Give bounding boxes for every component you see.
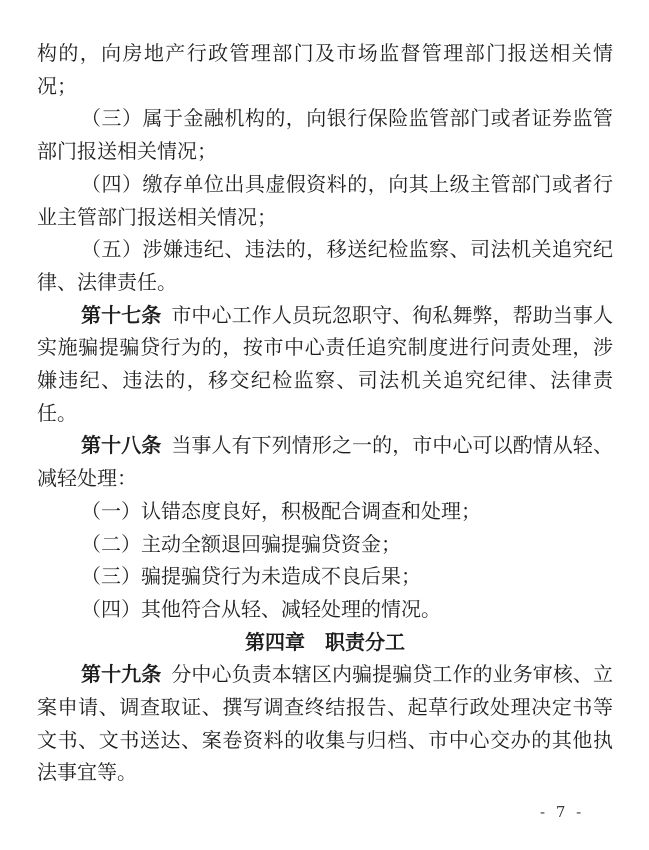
- list-item-3b: （三）骗提骗贷行为未造成不良后果；: [37, 560, 613, 593]
- paragraph-continuation: 构的，向房地产行政管理部门及市场监督管理部门报送相关情况；: [37, 37, 613, 102]
- list-item-2: （二）主动全额退回骗提骗贷资金；: [37, 528, 613, 561]
- article-18-paragraph: 第十八条当事人有下列情形之一的，市中心可以酌情从轻、减轻处理：: [37, 429, 613, 494]
- document-page: 构的，向房地产行政管理部门及市场监督管理部门报送相关情况； （三）属于金融机构的…: [0, 0, 649, 850]
- list-item-5: （五）涉嫌违纪、违法的，移送纪检监察、司法机关追究纪律、法律责任。: [37, 233, 613, 298]
- list-item-3: （三）属于金融机构的，向银行保险监管部门或者证券监管部门报送相关情况；: [37, 102, 613, 167]
- article-19-label: 第十九条: [81, 662, 161, 686]
- list-item-1: （一）认错态度良好，积极配合调查和处理；: [37, 495, 613, 528]
- article-17-paragraph: 第十七条市中心工作人员玩忽职守、徇私舞弊，帮助当事人实施骗提骗贷行为的，按市中心…: [37, 299, 613, 430]
- article-17-label: 第十七条: [81, 303, 161, 327]
- list-item-4: （四）缴存单位出具虚假资料的，向其上级主管部门或者行业主管部门报送相关情况；: [37, 168, 613, 233]
- page-number: - 7 -: [540, 802, 584, 822]
- chapter-heading: 第四章 职责分工: [37, 626, 613, 659]
- article-19-paragraph: 第十九条分中心负责本辖区内骗提骗贷工作的业务审核、立案申请、调查取证、撰写调查终…: [37, 658, 613, 789]
- list-item-4b: （四）其他符合从轻、减轻处理的情况。: [37, 593, 613, 626]
- article-18-label: 第十八条: [81, 433, 161, 457]
